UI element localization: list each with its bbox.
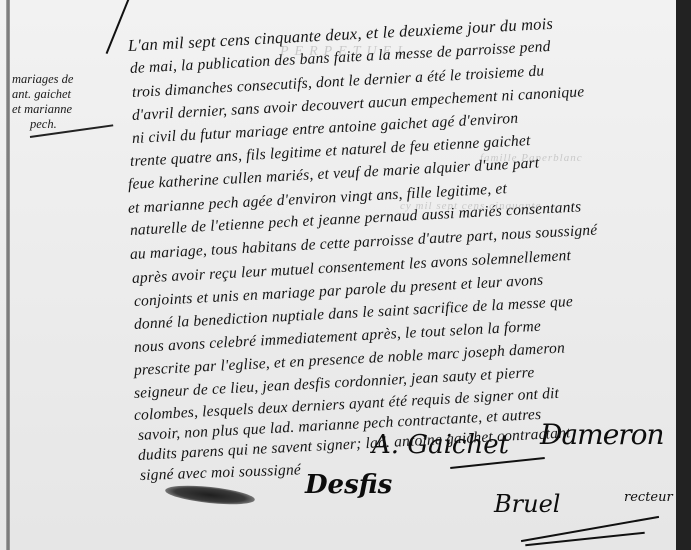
margin-line: pech. — [12, 117, 112, 132]
signature-priest-title: recteur — [624, 490, 673, 505]
page-left-edge — [6, 0, 10, 550]
margin-annotation: mariages de ant. gaichet et marianne pec… — [12, 72, 112, 132]
signature-witness-2: Desfis — [305, 470, 392, 500]
margin-line: mariages de — [12, 72, 112, 87]
opening-flourish — [106, 0, 130, 54]
text-line-20: signé avec moi soussigné — [140, 461, 302, 485]
signature-groom: A. Gaichet — [372, 430, 509, 460]
signature-witness-1: Dameron — [540, 418, 664, 451]
ink-smudge-mark — [164, 482, 255, 507]
margin-line: et marianne — [12, 102, 112, 117]
signature-priest: Bruel — [494, 490, 560, 518]
margin-line: ant. gaichet — [12, 87, 112, 102]
document-page: PERPETUEL famille Paperblanc cy mil sept… — [0, 0, 676, 550]
scan-border — [676, 0, 691, 550]
signature-flourish — [525, 532, 645, 547]
